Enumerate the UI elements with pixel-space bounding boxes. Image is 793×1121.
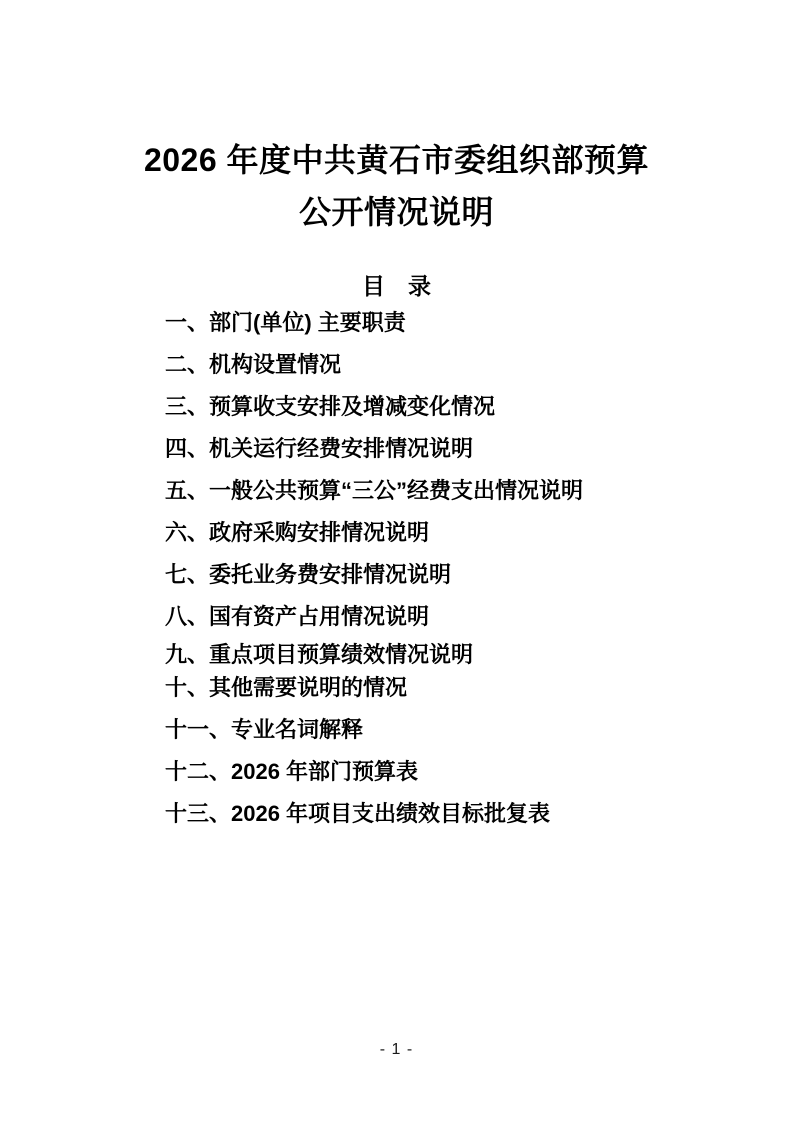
toc-item-3: 三、预算收支安排及增减变化情况 [165, 395, 733, 418]
toc-item-5: 五、一般公共预算“三公”经费支出情况说明 [165, 479, 733, 502]
document-title: 2026 年度中共黄石市委组织部预算 公开情况说明 [0, 0, 793, 238]
toc-item-2: 二、机构设置情况 [165, 353, 733, 376]
title-line-2: 公开情况说明 [0, 186, 793, 238]
toc-item-10: 十、其他需要说明的情况 [165, 676, 733, 699]
toc-item-4: 四、机关运行经费安排情况说明 [165, 437, 733, 460]
toc-item-7: 七、委托业务费安排情况说明 [165, 563, 733, 586]
page: 2026 年度中共黄石市委组织部预算 公开情况说明 目 录 一、部门(单位) 主… [0, 0, 793, 1121]
page-number: - 1 - [0, 1041, 793, 1059]
toc-item-11: 十一、专业名词解释 [165, 718, 733, 741]
toc-list: 一、部门(单位) 主要职责 二、机构设置情况 三、预算收支安排及增减变化情况 四… [0, 311, 793, 825]
document-page: { "doc": { "title_line1": "2026 年度中共黄石市委… [0, 0, 793, 1121]
toc-item-12: 十二、2026 年部门预算表 [165, 760, 733, 783]
toc-item-6: 六、政府采购安排情况说明 [165, 521, 733, 544]
toc-item-9: 九、重点项目预算绩效情况说明 [165, 643, 733, 666]
toc-item-13: 十三、2026 年项目支出绩效目标批复表 [165, 802, 733, 825]
toc-item-8: 八、国有资产占用情况说明 [165, 605, 733, 628]
toc-heading: 目 录 [0, 274, 793, 298]
title-line-1: 2026 年度中共黄石市委组织部预算 [0, 134, 793, 186]
toc-item-1: 一、部门(单位) 主要职责 [165, 311, 733, 334]
